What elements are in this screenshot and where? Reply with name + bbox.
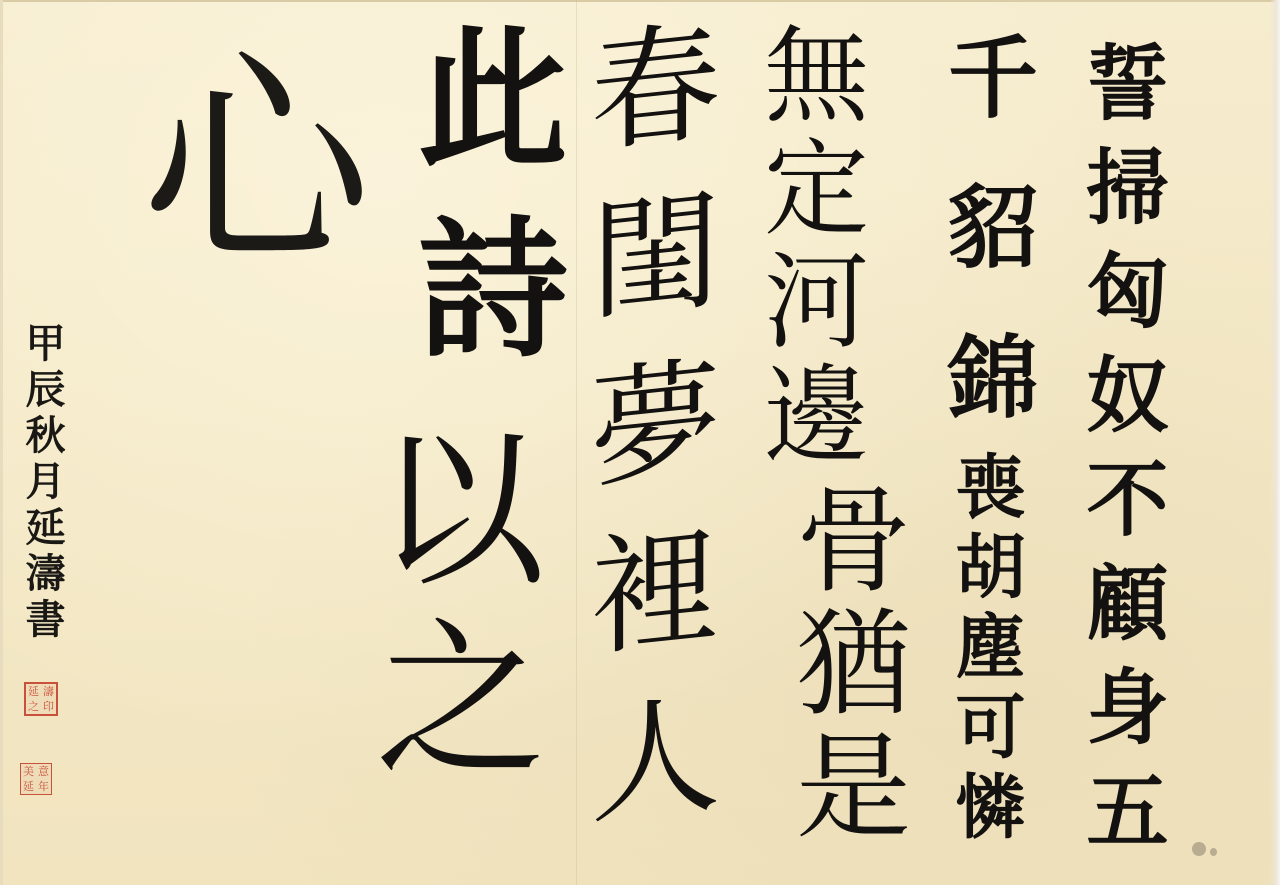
ink-spot <box>1210 848 1217 856</box>
calligraphy-column-2: 千貂錦 <box>940 30 1030 480</box>
calligraphy-column-5: 骨猶是 <box>785 480 900 849</box>
seal-2-char: 美 <box>23 766 34 777</box>
seal-1-char: 濤 <box>43 686 54 697</box>
calligraphy-column-3: 喪胡塵可憐 <box>950 450 1020 850</box>
seal-2-char: 意 <box>38 766 49 777</box>
calligraphy-column-8: 以之 <box>360 420 530 800</box>
calligraphy-column-1: 誓掃匈奴不顧身五 <box>1080 40 1162 872</box>
seal-1-char: 印 <box>43 701 54 712</box>
calligraphy-column-4: 無定河邊 <box>755 20 860 472</box>
seal-1-char: 之 <box>28 701 39 712</box>
paper-right-edge <box>1270 0 1280 885</box>
calligraphy-column-9: 心 <box>120 40 350 270</box>
calligraphy-column-7: 此詩 <box>405 20 555 400</box>
seal-2-char: 年 <box>38 781 49 792</box>
seal-stamp-2: 美 意 延 年 <box>20 763 52 795</box>
artist-signature: 甲辰秋月延濤書 <box>22 322 62 644</box>
seal-2-char: 延 <box>23 781 34 792</box>
calligraphy-column-6: 春閨夢裡人 <box>580 13 710 867</box>
seal-1-char: 延 <box>28 686 39 697</box>
ink-spot <box>1192 842 1206 856</box>
paper-top-edge <box>0 0 1280 2</box>
paper-left-edge <box>0 0 3 885</box>
seal-stamp-1: 延 濤 之 印 <box>24 682 58 716</box>
